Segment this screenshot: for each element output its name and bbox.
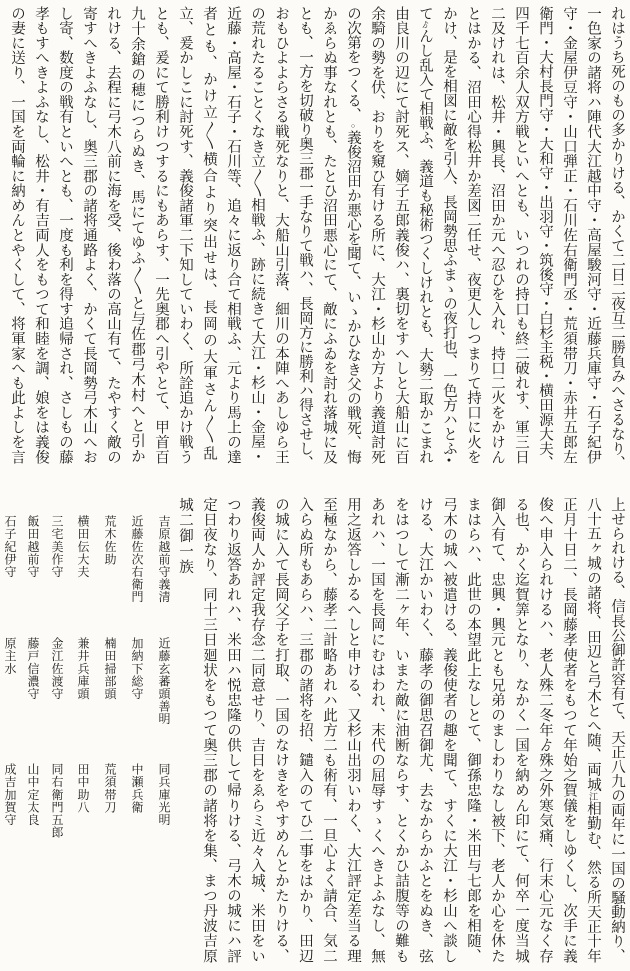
- top-column-2: 一色家の諸将ハ陣代大江越中守・高屋駿河守・近藤兵庫守・石子紀伊: [581, 6, 605, 464]
- bottom-column-16: 義俊両人か評定我存念二同意せり、吉日をゑらミ近々入城、米田をい: [245, 497, 269, 963]
- bottom-text-block: 上せられける、信長公御許容有て、天正八九の両年に一国の騒動納り、 八十五ヶ城の諸…: [3, 497, 629, 963]
- roster-name: 近藤玄蕃頭善明: [157, 637, 171, 725]
- column-text: 相勤む、然る所天正十年: [585, 801, 601, 963]
- roster-name: 楠田掃部頭: [103, 637, 117, 700]
- bottom-column-18: 定日夜なり、同十三日廻状をもつて奥三郡の諸将を集、まつ丹波吉原: [197, 497, 221, 963]
- roster-name: 近藤佐次右衛門: [130, 515, 144, 603]
- roster-name: 加納下総守: [130, 637, 144, 700]
- top-column-5: 四千七百余人双方戦といへとも、いつれの持口も終二破れす、軍三日: [509, 6, 533, 464]
- top-column-14: とも、一方を切破り奥三郡一手なりて戦ハ、長岡方に勝利ハ得させし、: [293, 6, 317, 464]
- roster-name: 原主水: [3, 637, 17, 675]
- roster-name: 同右衛門五郎: [50, 763, 64, 839]
- bottom-column-9: ける、大江かいわく、藤孝の御思召御尤、去なからかふとをぬき、弦: [413, 497, 437, 963]
- top-column-23: 寄すへきよふなし、奥三郡の諸将通路よく、かくて長岡勢弓木山へお: [77, 6, 101, 464]
- top-column-20: とも、爰にて勝利けつするにもあらす、一先奥郡へ引やとて、甲首百: [149, 6, 173, 464]
- roster-name: 藤戸信濃守: [26, 637, 40, 700]
- top-column-10: 由良川の辺にて討死ス、嫡子五郎義俊ハ、裏切をすへしと大船山に百: [389, 6, 413, 464]
- bottom-column-2: 八十五ヶ城の諸将、田辺と弓木とへ随、両城江相勤む、然る所天正十年: [581, 497, 605, 963]
- top-column-15: おもひよよらさる戦死なりと、大船山引落、細川の本陣へあしゆら王: [269, 6, 293, 464]
- top-column-13: かゑらぬ事なれとも、たとひ沼田悪心にて、敵にふゐを討れ落城に及: [317, 6, 341, 464]
- top-column-7: とはかる、沼田心得松井か差図二任せ、夜更人しつまりて持口に火を: [461, 6, 485, 464]
- bottom-column-11: あれハ、一国を長岡にむはわれ、末代の屈辱すゝくへきよふなし、無: [365, 497, 389, 963]
- top-column-26: の妻に送り、一国を両輪に納めんとやくして、将軍家へも此よしを言: [5, 6, 29, 464]
- bottom-column-5: る也、かく迄賀筭となり、なかく一国を納めん印にて、何卒一度当城: [509, 497, 533, 963]
- column-text: の次第をつくる、: [345, 6, 361, 122]
- top-column-11: 余騎の勢を伏、おりを窺ひ有ける所に、大江・杉山か方より義道討死: [365, 6, 389, 464]
- top-column-4: 衛門・大村長門守・大和守・出羽守・筑後守・白杉主税・横田源大夫、: [533, 6, 557, 464]
- top-column-25: 孝もすへきよふなし、松井・有吉両人をもつて和睦を調、娘をは義俊: [29, 6, 53, 464]
- bottom-column-4: 俊へ申入られけるハ、老人殊二冬年ゟ殊之外寒気痛、行末心元なく存: [533, 497, 557, 963]
- top-column-9: てゟんし乱入て相戦ふ、義道も秘術つくしけれとも、大勢二取かこまれ: [413, 6, 437, 464]
- roster-name: 荒木佐助: [103, 515, 117, 565]
- bottom-column-6: 御入有て、忠興・興元とも兄弟のましわりなし被下、老人か心を休た: [485, 497, 509, 963]
- top-column-17: 近藤・高屋・石子・石川等、追々に返り合て相戦ふ、元より馬上の達: [221, 6, 245, 464]
- column-text: て: [417, 6, 433, 21]
- column-text: かけ、是を相図に敵を引入、長岡勢思ふまゝの夜打也、一色方ハとふ: [441, 6, 457, 456]
- roster-name: 吉原越前守義清: [157, 515, 171, 603]
- top-column-24: し寄、数度の戦有といへとも、一度も利を得す追帰され、さしもの藤: [53, 6, 77, 464]
- roster-name: 三宅美作守: [50, 515, 64, 578]
- roster-name: 中瀬兵衛: [130, 763, 144, 813]
- column-text: 義俊沼田か悪心を聞て、いゝかひなき父の戦死、悔: [345, 130, 361, 464]
- bottom-column-7: まはらハ、此世の本望此上なしとて、御孫忠隆・米田与七郎を相随、: [461, 497, 485, 963]
- top-column-6: 二及けれは、松井・興長、沼田か元へ忍ひを入れ、持口二火をかけん: [485, 6, 509, 464]
- top-column-18: 者とも、かけ立〳〵横合より突出せは、長岡の大軍さん〳〵乱: [197, 6, 221, 464]
- roster-name: 同兵庫光明: [157, 763, 171, 826]
- note-mark: ○: [349, 122, 357, 130]
- bottom-column-8: 弓木の城へ被遣ける、義俊使者の趣を聞て、すくに大江・杉山へ談し: [437, 497, 461, 963]
- bottom-column-15: の城に入て長岡父子を打取、一国のなけきをやすめんとかたりける、: [269, 497, 293, 963]
- column-text: 八十五ヶ城の諸将、田辺と弓木とへ随、両城: [585, 497, 601, 792]
- top-column-1: れはうち死のもの多かりける、かくて二日二夜互二勝負みへさるなり、: [605, 6, 629, 464]
- roster-name: 石子紀伊守: [3, 515, 17, 578]
- roster-name: 兼井兵庫頭: [76, 637, 90, 700]
- roster-name: 飯田越前守: [26, 515, 40, 578]
- roster-name: 荒須帯刀: [103, 763, 117, 813]
- bottom-column-3: 正月十日二、長岡藤孝使者をもつて年始之賀儀をしゆくし、次手に義: [557, 497, 581, 963]
- bottom-column-10: をはつして漸二ヶ年、いまた敵に油断ならす、とくかひ詰腹等の難も: [389, 497, 413, 963]
- top-column-22: れける、去程に弓木八前に海を受、後わ落の高山有て、たやすく敵の: [101, 6, 125, 464]
- top-column-12: の次第をつくる、○義俊沼田か悪心を聞て、いゝかひなき父の戦死、悔: [341, 6, 365, 464]
- bottom-column-19: 城二御一族: [173, 497, 197, 963]
- roster-name: 成吉加賀守: [3, 763, 17, 826]
- roster-name: 山中定太良: [26, 763, 40, 826]
- roster-name: 田中助八: [76, 763, 90, 813]
- note-mark: ●: [445, 456, 453, 464]
- note-mark: 江: [588, 792, 598, 801]
- top-text-block: れはうち死のもの多かりける、かくて二日二夜互二勝負みへさるなり、 一色家の諸将ハ…: [3, 6, 629, 464]
- top-column-19: 立、爰かしこに討死す、義俊諸軍二下知していわく、所詮追かけ戦う: [173, 6, 197, 464]
- top-column-16: の荒れたることくなき立〳〵相戦ふ、跡に続きて大江・杉山・金屋・: [245, 6, 269, 464]
- bottom-column-14: 入らぬ所もあらハ、三郡の諸将を招、鑓入のてひ二事をはかり、田辺: [293, 497, 317, 963]
- book-page: れはうち死のもの多かりける、かくて二日二夜互二勝負みへさるなり、 一色家の諸将ハ…: [0, 0, 630, 971]
- top-column-21: 九十余鎗の穂につらぬき、馬にてゆふ〳〵と与佐郡弓木村へと引か: [125, 6, 149, 464]
- bottom-column-13: 至極なから、藤孝二計略あれハ此方二も術有、一旦心よく請合、気二: [317, 497, 341, 963]
- note-mark: ゟ: [421, 21, 430, 29]
- bottom-column-17: つわり返答あれハ、米田ハ悦忠隆の供して帰りける、弓木の城にハ評: [221, 497, 245, 963]
- column-text: んし乱入て相戦ふ、義道も秘術つくしけれとも、大勢二取かこまれ: [417, 29, 433, 464]
- top-column-8: かけ、是を相図に敵を引入、長岡勢思ふまゝの夜打也、一色方ハとふ●: [437, 6, 461, 464]
- roster-name: 金江佐渡守: [50, 637, 64, 700]
- roster-name: 横田伝大夫: [76, 515, 90, 578]
- bottom-column-1: 上せられける、信長公御許容有て、天正八九の両年に一国の騒動納り、: [605, 497, 629, 963]
- top-column-3: 守・金屋伊豆守・山口弾正・石川佐右衛門丞・荒須帯刀・赤井五郎左: [557, 6, 581, 464]
- bottom-column-12: 用之返答しかるへしと申ける、又杉山出羽いわく、大江評定差当る理: [341, 497, 365, 963]
